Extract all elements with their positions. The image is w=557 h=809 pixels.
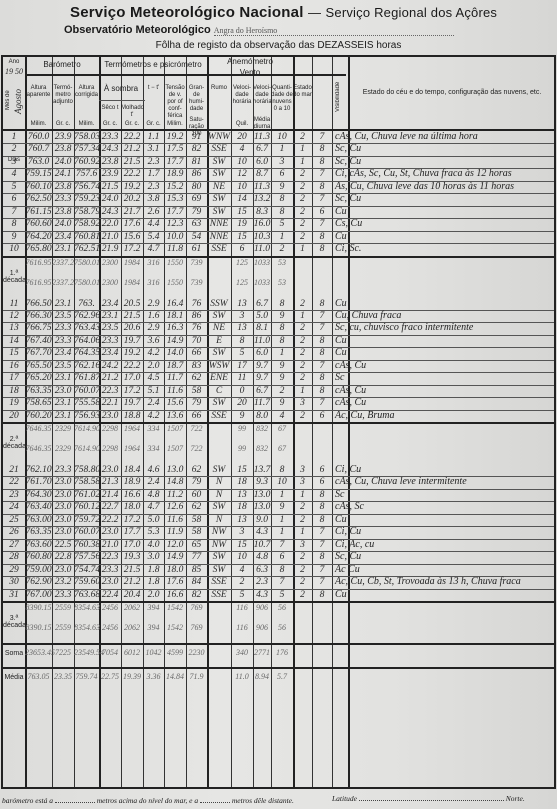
cell-diff: 3.6	[143, 336, 164, 346]
cell-tens: 16.4	[164, 299, 186, 309]
cell-med: 9.0	[253, 515, 271, 525]
cell-rumo: WNW	[207, 132, 231, 142]
cell-diff: 1.1	[143, 132, 164, 142]
summary-value: 739	[186, 278, 207, 287]
cell-alt: 767.40	[25, 336, 52, 346]
cell-mar: 1	[293, 527, 312, 537]
header-altura-aparente: Altura aparente	[25, 85, 52, 99]
unit-milim: Milim.	[25, 121, 52, 128]
sky-description: Sc, cu, chuvisco fraco intermitente	[335, 322, 473, 333]
cell-vis: 7	[312, 311, 332, 321]
summary-value: 67	[271, 444, 293, 453]
cell-tadj: 23.3	[52, 323, 74, 333]
cell-alt: 767.70	[25, 348, 52, 358]
cell-nuv: 1	[271, 490, 293, 500]
header-nuvens: Quanti-dade de nuvens 0 a 10	[271, 85, 293, 113]
cell-day: 10	[3, 244, 25, 254]
summary-value: 2329	[52, 424, 74, 433]
summary-value: 7580.01	[74, 258, 99, 267]
cell-nuv: 1	[271, 527, 293, 537]
cell-vis: 8	[312, 502, 332, 512]
cell-mar: 2	[293, 565, 312, 575]
cell-tens: 13.0	[164, 465, 186, 475]
cell-tens: 11.6	[164, 386, 186, 396]
cell-diff: 5.0	[143, 515, 164, 525]
cell-vis: 8	[312, 490, 332, 500]
cell-hum: 84	[186, 577, 207, 587]
cell-hum: 66	[186, 348, 207, 358]
cell-tens: 19.2	[164, 132, 186, 142]
cell-corr: 761.87	[74, 373, 99, 383]
cell-alt: 760.60	[25, 219, 52, 229]
cell-vel: 15	[231, 465, 253, 475]
cell-rumo: N	[207, 515, 231, 525]
cell-mar: 2	[293, 182, 312, 192]
cell-rumo: SW	[207, 552, 231, 562]
cell-med: 9.7	[253, 361, 271, 371]
cell-day: 7	[3, 207, 25, 217]
cell-nuv: 8	[271, 299, 293, 309]
cell-vel: 5	[231, 590, 253, 600]
cell-tens: 16.6	[164, 590, 186, 600]
header-divider	[99, 100, 145, 101]
summary-value: 2062	[121, 603, 143, 612]
summary-value: 1984	[121, 278, 143, 287]
summary-value: 53	[271, 278, 293, 287]
cell-med: 10.3	[253, 232, 271, 242]
cell-tens: 12.3	[164, 219, 186, 229]
cell-nuv: 7	[271, 577, 293, 587]
cell-alt: 764.20	[25, 232, 52, 242]
summary-value: 99	[231, 444, 253, 453]
cell-vel: 19	[231, 219, 253, 229]
cell-diff: 4.5	[143, 373, 164, 383]
cell-mar: 2	[293, 132, 312, 142]
cell-tadj: 23.1	[52, 373, 74, 383]
summary-value: 53	[271, 258, 293, 267]
summary-value: 2062	[121, 623, 143, 632]
cell-diff: 4.2	[143, 348, 164, 358]
cell-day: 26	[3, 527, 25, 537]
cell-corr: 760.07	[74, 386, 99, 396]
cell-tadj: 23.5	[52, 311, 74, 321]
cell-mar: 1	[293, 386, 312, 396]
summary-value: 1550	[164, 278, 186, 287]
cell-day: 20	[3, 411, 25, 421]
cell-vis: 8	[312, 144, 332, 154]
unit-quil: Quil.	[231, 121, 253, 128]
cell-alt: 766.75	[25, 323, 52, 333]
cell-mar: 2	[293, 577, 312, 587]
cell-diff: 4.7	[143, 244, 164, 254]
summary-value: 2559	[52, 603, 74, 612]
cell-molh: 20.2	[121, 194, 143, 204]
summary-value: 1033	[253, 258, 271, 267]
cell-day: 11	[3, 299, 25, 309]
sky-description: cAs, Cu, Chuva leve na última hora	[335, 131, 478, 142]
unit-grc: Gr. c.	[52, 121, 74, 128]
cell-diff: 4.4	[143, 219, 164, 229]
cell-seco: 22.4	[99, 590, 121, 600]
sky-description: cAs, Cu, Chuva leve intermitente	[335, 476, 467, 487]
summary-label: Média	[3, 674, 25, 681]
cell-corr: 759.60	[74, 577, 99, 587]
cell-hum: 83	[186, 361, 207, 371]
cell-day: 9	[3, 232, 25, 242]
sky-description: Cu	[335, 589, 347, 600]
header-termometro-adjunto: Termó-metro adjunto	[52, 85, 74, 106]
cell-alt: 766.30	[25, 311, 52, 321]
summary-value: 116	[231, 623, 253, 632]
cell-rumo: SW	[207, 565, 231, 575]
summary-value: 316	[143, 278, 164, 287]
sky-description: Cu	[335, 514, 347, 525]
summary-value: 1550	[164, 258, 186, 267]
cell-diff: 4.7	[143, 502, 164, 512]
cell-hum: 79	[186, 207, 207, 217]
sky-description: Sc	[335, 489, 344, 500]
cell-vel: 8	[231, 336, 253, 346]
cell-molh: 21.2	[121, 144, 143, 154]
sky-description: Ci, Ac, cu	[335, 539, 374, 550]
cell-seco: 21.5	[99, 182, 121, 192]
cell-tens: 11.6	[164, 515, 186, 525]
summary-value: 1984	[121, 258, 143, 267]
summary-value: 116	[231, 603, 253, 612]
unit-gr1: Gr. c.	[99, 121, 121, 128]
cell-tens: 14.9	[164, 552, 186, 562]
cell-tadj: 23.5	[52, 361, 74, 371]
cell-corr: 763.43	[74, 323, 99, 333]
cell-rumo: SSE	[207, 144, 231, 154]
cell-corr: 762.16	[74, 361, 99, 371]
cell-vel: 6	[231, 244, 253, 254]
cell-med: 11.3	[253, 132, 271, 142]
cell-seco: 23.0	[99, 577, 121, 587]
cell-nuv: 1	[271, 144, 293, 154]
cell-alt: 765.50	[25, 361, 52, 371]
cell-alt: 766.50	[25, 299, 52, 309]
summary-value: 2298	[99, 444, 121, 453]
cell-corr: 758.92	[74, 219, 99, 229]
summary-value: 14.84	[164, 672, 186, 681]
sky-description: Sc, Cu	[335, 156, 361, 167]
cell-med: 6.7	[253, 299, 271, 309]
cell-day: 30	[3, 577, 25, 587]
cell-med: 6.3	[253, 565, 271, 575]
cell-day: 28	[3, 552, 25, 562]
summary-value: 1542	[164, 623, 186, 632]
cell-tadj: 23.0	[52, 477, 74, 487]
cell-med: 13.7	[253, 465, 271, 475]
cell-alt: 763.60	[25, 540, 52, 550]
cell-diff: 2.9	[143, 323, 164, 333]
cell-vel: 13	[231, 299, 253, 309]
cell-diff: 4.0	[143, 540, 164, 550]
cell-diff: 4.6	[143, 465, 164, 475]
sky-description: Cu	[335, 298, 347, 309]
cell-nuv: 5	[271, 219, 293, 229]
cell-seco: 23.3	[99, 336, 121, 346]
cell-med: 6.7	[253, 144, 271, 154]
sky-description: Cs, Cu	[335, 218, 362, 229]
header-tensao: Tensão de v. por of conf-férica	[164, 85, 186, 120]
cell-rumo: SW	[207, 465, 231, 475]
cell-rumo: NE	[207, 323, 231, 333]
cell-molh: 16.6	[121, 490, 143, 500]
cell-seco: 24.2	[99, 361, 121, 371]
cell-mar: 2	[293, 219, 312, 229]
cell-med: 11.0	[253, 336, 271, 346]
summary-value: 99	[231, 424, 253, 433]
cell-mar: 2	[293, 515, 312, 525]
cell-day: 16	[3, 361, 25, 371]
cell-nuv: 2	[271, 386, 293, 396]
cell-seco: 23.0	[99, 527, 121, 537]
cell-molh: 18.4	[121, 465, 143, 475]
summary-value: 2456	[99, 623, 121, 632]
cell-tadj: 23.4	[52, 348, 74, 358]
sky-description: Ci, Cu	[335, 526, 361, 537]
cell-molh: 20.4	[121, 590, 143, 600]
summary-value: 1033	[253, 278, 271, 287]
cell-nuv: 9	[271, 182, 293, 192]
cell-hum: 58	[186, 527, 207, 537]
summary-value: 334	[143, 424, 164, 433]
title-separator: —	[308, 5, 321, 20]
sky-description: Cu	[335, 347, 347, 358]
cell-mar: 2	[293, 552, 312, 562]
cell-rumo: E	[207, 336, 231, 346]
sky-description: Cu	[335, 231, 347, 242]
summary-value: 394	[143, 623, 164, 632]
cell-nuv: 6	[271, 169, 293, 179]
cell-vis: 7	[312, 194, 332, 204]
cell-molh: 17.0	[121, 373, 143, 383]
cell-mar: 2	[293, 207, 312, 217]
cell-vis: 7	[312, 540, 332, 550]
cell-alt: 760.10	[25, 182, 52, 192]
cell-day: 25	[3, 515, 25, 525]
cell-vel: 18	[231, 477, 253, 487]
cell-day: 23	[3, 490, 25, 500]
cell-hum: 77	[186, 552, 207, 562]
header-mar: Estado do mar	[293, 85, 312, 99]
cell-corr: 757.56	[74, 552, 99, 562]
cell-day: 22	[3, 477, 25, 487]
cell-mar: 2	[293, 299, 312, 309]
unit-milim3: Milim.	[164, 121, 186, 128]
sky-description: cAs, Cu	[335, 397, 366, 408]
cell-alt: 762.10	[25, 465, 52, 475]
cell-vel: 4	[231, 565, 253, 575]
cell-nuv: 9	[271, 373, 293, 383]
cell-seco: 21.0	[99, 540, 121, 550]
summary-value: 67	[271, 424, 293, 433]
cell-corr: 754.74	[74, 565, 99, 575]
summary-value: 763.05	[25, 672, 52, 681]
vento-header: Vento	[207, 69, 293, 76]
cell-vis: 8	[312, 590, 332, 600]
cell-hum: 62	[186, 373, 207, 383]
cell-nuv: 8	[271, 194, 293, 204]
summary-value: 2298	[99, 424, 121, 433]
cell-nuv: 8	[271, 565, 293, 575]
cell-corr: 763.	[74, 299, 99, 309]
cell-diff: 2.0	[143, 590, 164, 600]
summary-value: 1507	[164, 424, 186, 433]
a-sombra-header: À sombra	[99, 85, 143, 92]
summary-divider	[3, 667, 554, 669]
month-value: Agosto	[13, 79, 23, 123]
cell-mar: 2	[293, 348, 312, 358]
year-label: Ano	[3, 59, 25, 66]
summary-value: 19.39	[121, 672, 143, 681]
cell-tadj: 24.0	[52, 157, 74, 167]
cell-med: 8.0	[253, 411, 271, 421]
cell-corr: 760.38	[74, 540, 99, 550]
cell-hum: 58	[186, 386, 207, 396]
cell-diff: 2.4	[143, 398, 164, 408]
summary-value: 8.94	[253, 672, 271, 681]
cell-vel: 18	[231, 502, 253, 512]
cell-corr: 757.6	[74, 169, 99, 179]
summary-value: 832	[253, 444, 271, 453]
footer-barometer-note: barómetro está a metros acima do nível d…	[2, 795, 294, 805]
cell-vel: 3	[231, 527, 253, 537]
cell-tens: 18.0	[164, 565, 186, 575]
cell-diff: 2.0	[143, 361, 164, 371]
cell-rumo: SW	[207, 398, 231, 408]
cell-molh: 21.5	[121, 157, 143, 167]
cell-vel: 20	[231, 132, 253, 142]
cell-alt: 759.00	[25, 565, 52, 575]
cell-seco: 23.0	[99, 411, 121, 421]
cell-seco: 23.3	[99, 565, 121, 575]
summary-value: 7580.01	[74, 278, 99, 287]
summary-value: 334	[143, 444, 164, 453]
cell-tens: 14.8	[164, 477, 186, 487]
cell-corr: 758.80	[74, 465, 99, 475]
cell-hum: 79	[186, 398, 207, 408]
cell-seco: 21.2	[99, 373, 121, 383]
cell-mar: 3	[293, 477, 312, 487]
summary-value: 7054	[99, 648, 121, 657]
cell-seco: 24.3	[99, 144, 121, 154]
cell-seco: 22.3	[99, 386, 121, 396]
cell-rumo: SW	[207, 207, 231, 217]
cell-molh: 19.7	[121, 336, 143, 346]
cell-mar: 2	[293, 411, 312, 421]
cell-day: 2	[3, 144, 25, 154]
cell-med: 2.3	[253, 577, 271, 587]
cell-nuv: 9	[271, 361, 293, 371]
cell-vel: 13	[231, 323, 253, 333]
cell-vel: 0	[231, 386, 253, 396]
cell-corr: 758.03	[74, 132, 99, 142]
cell-vis: 7	[312, 398, 332, 408]
cell-corr: 758.58	[74, 477, 99, 487]
cell-hum: 61	[186, 244, 207, 254]
cell-med: 9.3	[253, 477, 271, 487]
cell-rumo: SW	[207, 194, 231, 204]
latitude-label: Latitude	[332, 794, 357, 803]
summary-value: 7646.35	[25, 424, 52, 433]
summary-value: 23.35	[52, 672, 74, 681]
cell-corr: 760.07	[74, 527, 99, 537]
cell-med: 9.7	[253, 373, 271, 383]
cell-alt: 760.20	[25, 411, 52, 421]
cell-tadj: 23.8	[52, 207, 74, 217]
cell-day: 17	[3, 373, 25, 383]
cell-alt: 760.7	[25, 144, 52, 154]
cell-vis: 8	[312, 232, 332, 242]
cell-mar: 3	[293, 398, 312, 408]
sky-description: Ci, Cu	[335, 464, 361, 475]
cell-hum: 54	[186, 232, 207, 242]
cell-vis: 8	[312, 157, 332, 167]
cell-tens: 10.0	[164, 232, 186, 242]
cell-vel: 13	[231, 515, 253, 525]
norte-label: Norte.	[506, 794, 525, 803]
cell-alt: 763.40	[25, 502, 52, 512]
year-value: 19 50	[3, 67, 25, 76]
cell-tens: 17.7	[164, 207, 186, 217]
summary-value: 2329	[52, 444, 74, 453]
cell-med: 8.1	[253, 323, 271, 333]
cell-hum: 63	[186, 219, 207, 229]
cell-tens: 11.7	[164, 373, 186, 383]
cell-vis: 6	[312, 207, 332, 217]
summary-label: 2.ª década	[3, 436, 25, 450]
cell-seco: 23.4	[99, 348, 121, 358]
cell-alt: 761.70	[25, 477, 52, 487]
cell-vis: 7	[312, 565, 332, 575]
cell-molh: 18.8	[121, 411, 143, 421]
cell-vis: 7	[312, 219, 332, 229]
cell-tadj: 23.3	[52, 465, 74, 475]
summary-value: 1964	[121, 424, 143, 433]
cell-day: 19	[3, 398, 25, 408]
cell-molh: 18.9	[121, 477, 143, 487]
cell-molh: 17.7	[121, 527, 143, 537]
cell-med: 8.7	[253, 169, 271, 179]
cell-molh: 17.0	[121, 540, 143, 550]
cell-corr: 762.96	[74, 311, 99, 321]
cell-molh: 22.2	[121, 361, 143, 371]
cell-mar: 1	[293, 144, 312, 154]
cell-rumo: NE	[207, 182, 231, 192]
cell-nuv: 5	[271, 590, 293, 600]
summary-value: 2337.2	[52, 278, 74, 287]
cell-corr: 764.06	[74, 336, 99, 346]
cell-vis: 7	[312, 527, 332, 537]
cell-rumo: SSE	[207, 244, 231, 254]
cell-diff: 5.3	[143, 527, 164, 537]
footer-text-3: metros dêle distante.	[232, 796, 294, 805]
sky-description: cAs, Cu	[335, 360, 366, 371]
summary-value: 2337.2	[52, 258, 74, 267]
cell-rumo: SSW	[207, 299, 231, 309]
sky-description: Ci, Sc.	[335, 243, 361, 254]
cell-rumo: SSE	[207, 590, 231, 600]
cell-vel: 10	[231, 182, 253, 192]
cell-molh: 17.6	[121, 219, 143, 229]
cell-tens: 18.9	[164, 169, 186, 179]
cell-tadj: 23.0	[52, 527, 74, 537]
cell-molh: 15.6	[121, 232, 143, 242]
cell-mar: 2	[293, 373, 312, 383]
